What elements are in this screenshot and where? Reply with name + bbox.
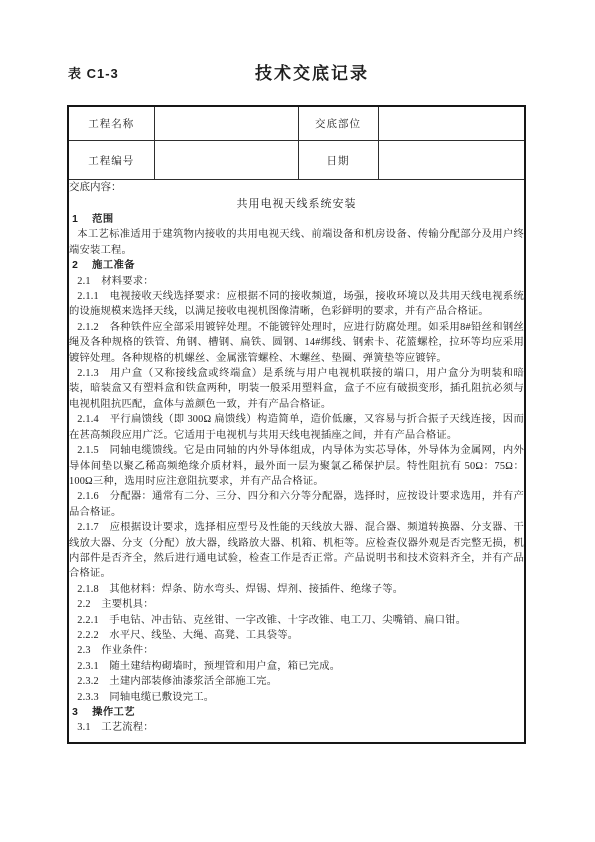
paragraph-2-1-2: 2.1.2 各种铁件应全部采用镀锌处理。不能镀锌处理时，应进行防腐处理。如采用8… bbox=[69, 320, 524, 366]
paragraph-2-3-2: 2.3.2 土建内部装修油漆浆活全部施工完。 bbox=[69, 674, 524, 689]
paragraph-2-1-4: 2.1.4 平行扁馈线（即 300Ω 扁馈线）构造简单，造价低廉，又容易与折合振… bbox=[69, 412, 524, 443]
date-label: 日期 bbox=[298, 141, 378, 180]
paragraph-2-3-3: 2.3.3 同轴电缆已敷设完工。 bbox=[69, 690, 524, 705]
paragraph-work-conditions: 2.3 作业条件： bbox=[69, 643, 524, 658]
project-number-value bbox=[154, 141, 298, 180]
section-heading-scope: 1 范围 bbox=[69, 212, 524, 227]
paragraph-2-1-7: 2.1.7 应根据设计要求，选择相应型号及性能的天线放大器、混合器、频道转换器、… bbox=[69, 520, 524, 582]
paragraph-2-2-1: 2.2.1 手电钻、冲击钻、克丝钳、一字改锥、十字改锥、电工刀、尖嘴销、扁口钳。 bbox=[69, 613, 524, 628]
paragraph-process-flow: 3.1 工艺流程： bbox=[69, 720, 524, 735]
section-heading-preparation: 2 施工准备 bbox=[69, 258, 524, 273]
paragraph-scope-body: 本工艺标准适用于建筑物内接收的共用电视天线、前端设备和机房设备、传输分配部分及用… bbox=[69, 227, 524, 258]
disclosure-part-value bbox=[378, 106, 525, 141]
project-number-label: 工程编号 bbox=[68, 141, 154, 180]
content-label: 交底内容： bbox=[69, 180, 524, 196]
content-cell: 交底内容： 共用电视天线系统安装 1 范围 本工艺标准适用于建筑物内接收的共用电… bbox=[68, 180, 525, 744]
paragraph-2-1-6: 2.1.6 分配器：通常有二分、三分、四分和六分等分配器，选择时，应按设计要求选… bbox=[69, 489, 524, 520]
paragraph-2-1-3: 2.1.3 用户盒（又称接线盒或终端盒）是系统与用户电视机联接的端口，用户盒分为… bbox=[69, 366, 524, 412]
section-heading-process: 3 操作工艺 bbox=[69, 705, 524, 720]
disclosure-form-table: 工程名称 交底部位 工程编号 日期 交底内容： 共用电视天线系统安装 1 范围 … bbox=[67, 105, 526, 744]
paragraph-2-1-1: 2.1.1 电视接收天线选择要求：应根据不同的接收频道，场强，接收环境以及共用天… bbox=[69, 289, 524, 320]
content-subtitle: 共用电视天线系统安装 bbox=[69, 196, 524, 212]
header-row-1: 工程名称 交底部位 bbox=[68, 106, 525, 141]
disclosure-part-label: 交底部位 bbox=[298, 106, 378, 141]
project-name-label: 工程名称 bbox=[68, 106, 154, 141]
paragraph-2-1-5: 2.1.5 同轴电缆馈线。它是由同轴的内外导体组成，内导体为实芯导体，外导体为金… bbox=[69, 443, 524, 489]
paragraph-2-3-1: 2.3.1 随土建结构砌墙时，预埋管和用户盒，箱已完成。 bbox=[69, 659, 524, 674]
page-title: 技术交底记录 bbox=[67, 59, 557, 84]
header-row-2: 工程编号 日期 bbox=[68, 141, 525, 180]
paragraph-2-1-8: 2.1.8 其他材料：焊条、防水弯头、焊锡、焊剂、接插件、绝缘子等。 bbox=[69, 582, 524, 597]
paragraph-2-2-2: 2.2.2 水平尺、线坠、大绳、高凳、工具袋等。 bbox=[69, 628, 524, 643]
date-value bbox=[378, 141, 525, 180]
content-row: 交底内容： 共用电视天线系统安装 1 范围 本工艺标准适用于建筑物内接收的共用电… bbox=[68, 180, 525, 744]
document-page: 表 C1-3 技术交底记录 工程名称 交底部位 工程编号 日期 交底内容： 共用… bbox=[0, 0, 595, 842]
project-name-value bbox=[154, 106, 298, 141]
paragraph-material-req: 2.1 材料要求： bbox=[69, 274, 524, 289]
paragraph-main-tools: 2.2 主要机具： bbox=[69, 597, 524, 612]
